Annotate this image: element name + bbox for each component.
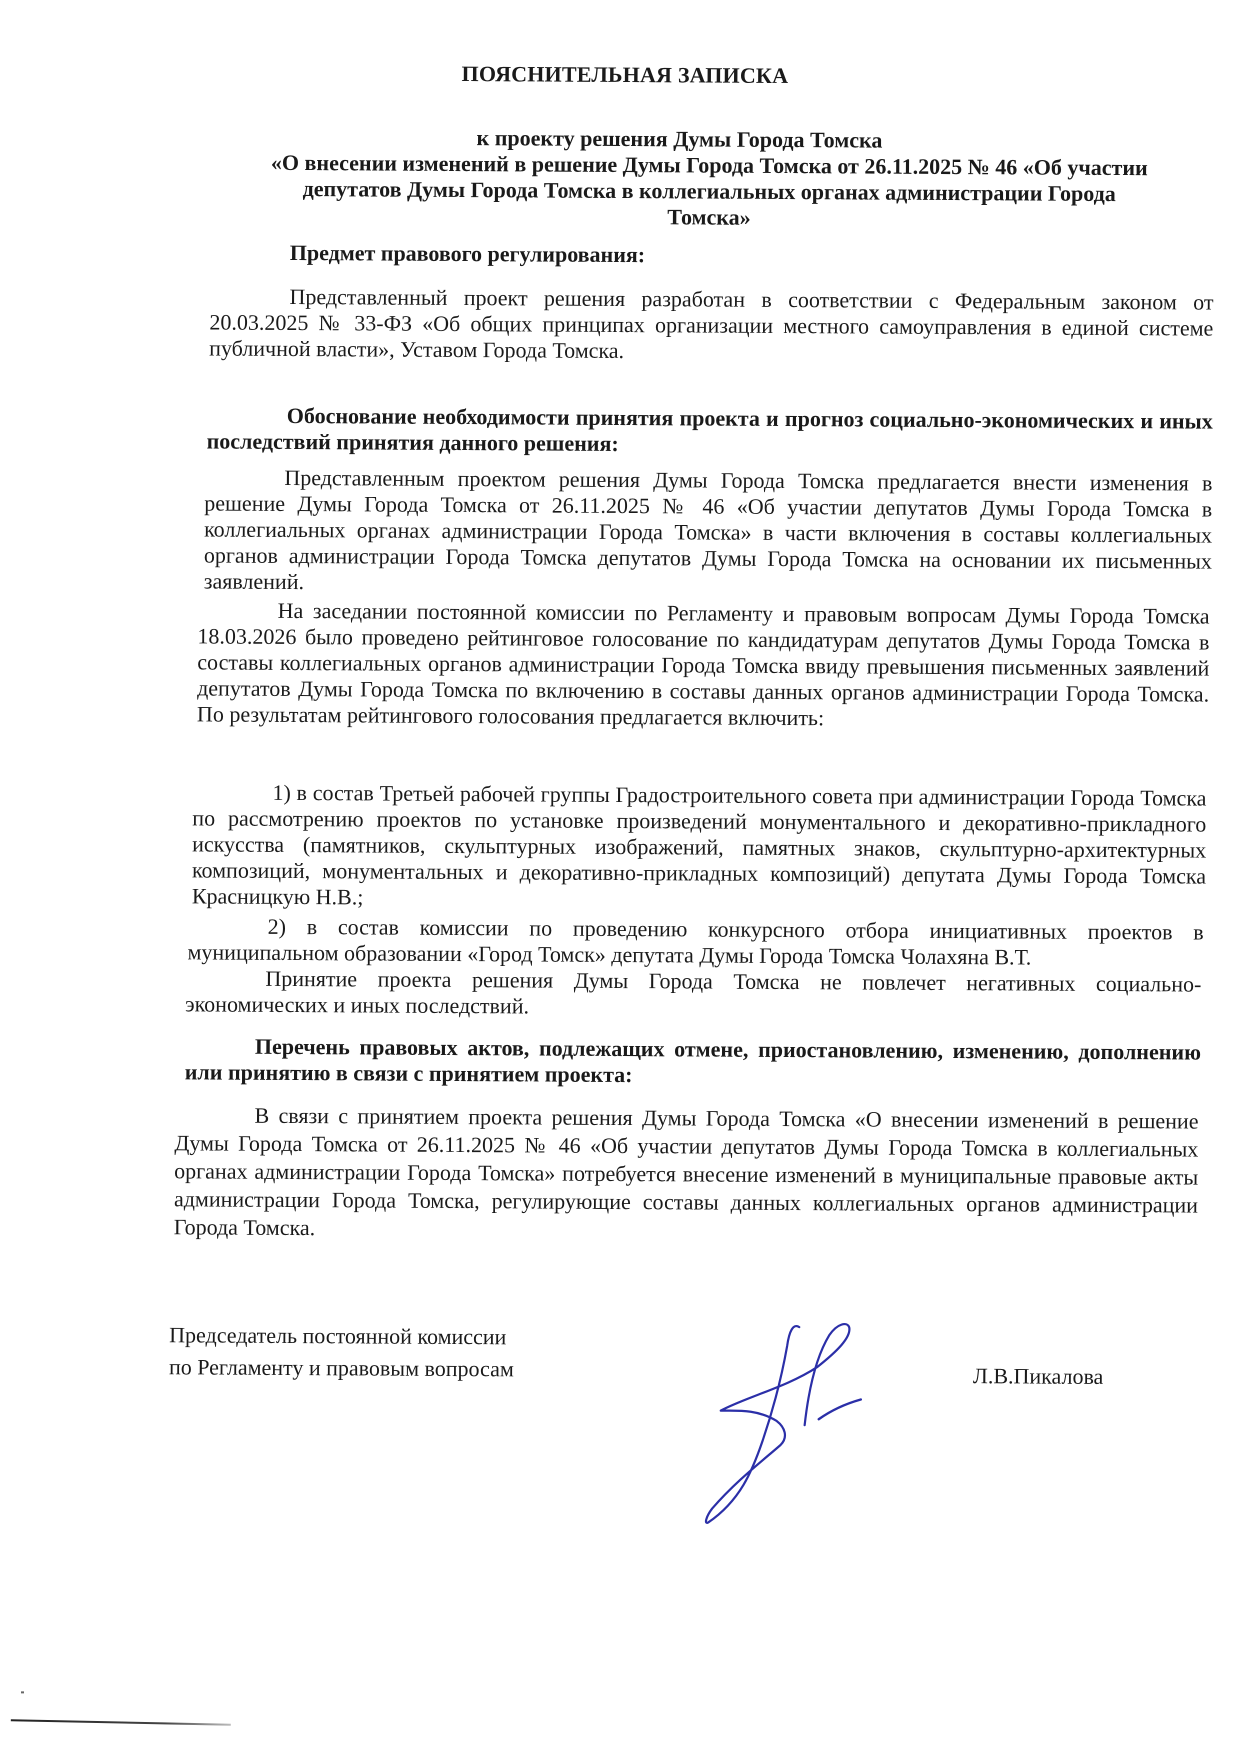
list-item: 2) в состав комиссии по проведению конку… bbox=[187, 913, 1203, 971]
list-item: 1) в состав Третьей рабочей группы Градо… bbox=[192, 779, 1207, 915]
document-title: ПОЯСНИТЕЛЬНАЯ ЗАПИСКА bbox=[5, 58, 1240, 92]
document-page: ПОЯСНИТЕЛЬНАЯ ЗАПИСКА к проекту решения … bbox=[0, 0, 1240, 1753]
section-heading-subject: Предмет правового регулирования: bbox=[290, 240, 646, 268]
footer-rule bbox=[11, 1719, 231, 1725]
paragraph: Представленный проект решения разработан… bbox=[209, 283, 1213, 367]
handwritten-signature bbox=[696, 1310, 897, 1531]
document-subtitle: к проекту решения Думы Города Томска «О … bbox=[204, 123, 1215, 233]
paragraph: Принятие проекта решения Думы Города Том… bbox=[185, 965, 1201, 1023]
paragraph: Представленным проектом решения Думы Гор… bbox=[204, 464, 1213, 600]
signatory-name: Л.В.Пикалова bbox=[973, 1363, 1104, 1390]
signatory-position-line: Председатель постоянной комиссии bbox=[169, 1319, 514, 1353]
signatory-position: Председатель постоянной комиссии по Регл… bbox=[169, 1319, 514, 1385]
paragraph: На заседании постоянной комиссии по Регл… bbox=[197, 597, 1210, 733]
section-heading-acts: Перечень правовых актов, подлежащих отме… bbox=[185, 1033, 1201, 1091]
signatory-position-line: по Регламенту и правовым вопросам bbox=[169, 1351, 514, 1385]
paragraph: В связи с принятием проекта решения Думы… bbox=[174, 1101, 1199, 1247]
section-heading-justification: Обоснование необходимости принятия проек… bbox=[207, 402, 1213, 460]
scan-speck bbox=[21, 1691, 24, 1693]
